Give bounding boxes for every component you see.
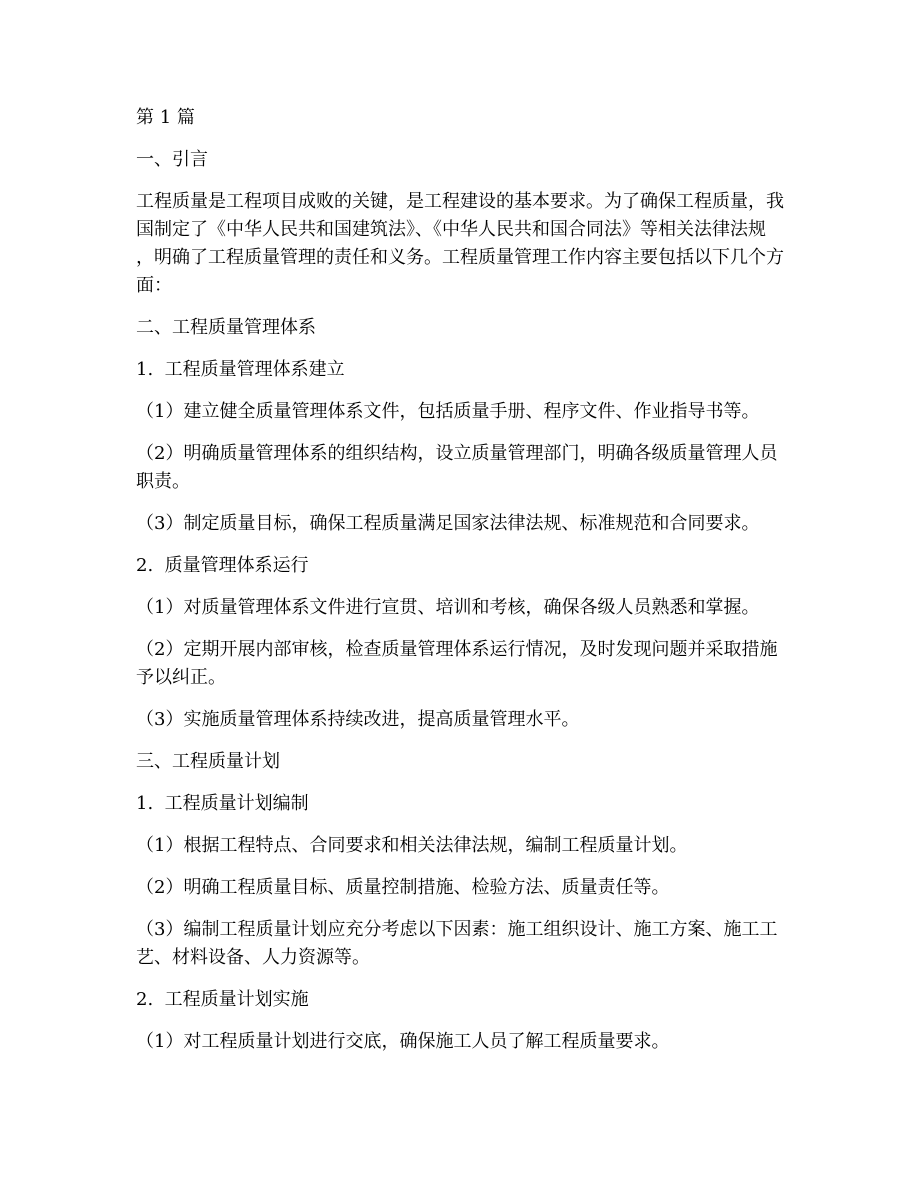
chapter-label: 第 1 篇: [136, 104, 808, 132]
heading-quality-management-system: 二、工程质量管理体系: [136, 314, 808, 342]
item-system-establishment-3: （3）制定质量目标，确保工程质量满足国家法律法规、标准规范和合同要求。: [136, 510, 808, 538]
heading-introduction: 一、引言: [136, 146, 808, 174]
item-system-operation-1: （1）对质量管理体系文件进行宣贯、培训和考核，确保各级人员熟悉和掌握。: [136, 594, 808, 622]
subheading-plan-compilation: 1. 工程质量计划编制: [136, 790, 808, 818]
item-system-establishment-2: （2）明确质量管理体系的组织结构，设立质量管理部门，明确各级质量管理人员 职责。: [136, 440, 808, 496]
item-plan-implementation-1: （1）对工程质量计划进行交底，确保施工人员了解工程质量要求。: [136, 1028, 808, 1056]
paragraph-introduction-body: 工程质量是工程项目成败的关键，是工程建设的基本要求。为了确保工程质量，我 国制定…: [136, 188, 808, 300]
item-system-operation-3: （3）实施质量管理体系持续改进，提高质量管理水平。: [136, 706, 808, 734]
item-plan-compilation-2: （2）明确工程质量目标、质量控制措施、检验方法、质量责任等。: [136, 874, 808, 902]
item-system-establishment-1: （1）建立健全质量管理体系文件，包括质量手册、程序文件、作业指导书等。: [136, 398, 808, 426]
item-system-operation-2: （2）定期开展内部审核，检查质量管理体系运行情况，及时发现问题并采取措施 予以纠…: [136, 636, 808, 692]
item-plan-compilation-1: （1）根据工程特点、合同要求和相关法律法规，编制工程质量计划。: [136, 832, 808, 860]
document-content: 第 1 篇 一、引言 工程质量是工程项目成败的关键，是工程建设的基本要求。为了确…: [136, 104, 808, 1070]
heading-quality-plan: 三、工程质量计划: [136, 748, 808, 776]
item-plan-compilation-3: （3）编制工程质量计划应充分考虑以下因素：施工组织设计、施工方案、施工工 艺、材…: [136, 916, 808, 972]
subheading-plan-implementation: 2. 工程质量计划实施: [136, 986, 808, 1014]
subheading-system-establishment: 1. 工程质量管理体系建立: [136, 356, 808, 384]
document-page: 第 1 篇 一、引言 工程质量是工程项目成败的关键，是工程建设的基本要求。为了确…: [0, 0, 920, 1191]
subheading-system-operation: 2. 质量管理体系运行: [136, 552, 808, 580]
